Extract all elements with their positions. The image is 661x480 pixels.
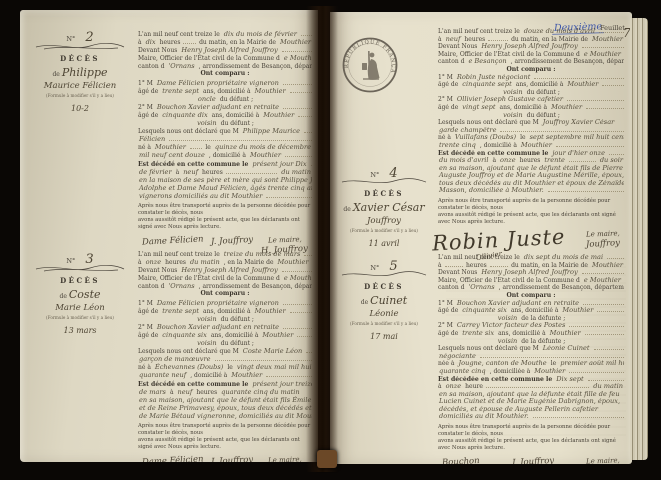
act-line: âgé detrente septans, domicilié àMouthie… [138,87,312,95]
act-line: Ont comparu : [138,290,312,298]
act-line: voisindu défunt ; [138,339,312,347]
act-line: en sa maison, ajoutant que le défunt éta… [138,396,312,404]
handwritten-text: Vuillafans (Doubs) [454,134,517,142]
entry-number: 3 [85,252,93,267]
printed-text: 2° M [438,322,453,330]
act-line: vignerons domiciliés au dit Mouthier [138,192,312,200]
mayor-signature-block: Le maire, Jouffroy [586,457,620,464]
handwritten-text: en sa maison, ajoutant que la défunte ét… [438,391,621,399]
act-line: âgé devingt septans, domicilié àMouthier [438,104,624,112]
handwritten-text: dix du mois de février [223,30,298,38]
act-2-lines: L'an mil neuf cent treize ledix du mois … [138,30,312,200]
act-line: Félicien [138,135,312,143]
printed-text: canton d [138,283,164,290]
printed-text: âgé de [138,332,158,339]
printed-text: ans, domicilié à [500,104,548,112]
act-line: Est décédé en cette commune lejour d'hie… [438,150,624,158]
act-line: en sa maison, ajoutant que le défunt éta… [438,165,624,173]
handwritten-text: Bouchon Xavier adjudant en retraite [156,323,280,331]
act-line: âgé detrente septans, domicilié àMouthie… [138,307,312,315]
act-line: du mois d'avrilàonzeheurestrentedu soir [438,157,624,165]
numero-label: N° [66,257,75,265]
act-line: voisindu défunt ; [438,112,624,120]
handwritten-text: e Mouthier [583,277,622,285]
handwritten-text: vingt deux mai mil huit cent [236,363,312,371]
printed-text: à [170,389,174,396]
handwritten-text: Mouthier [230,371,263,379]
printed-text: heures [202,169,223,176]
act-line: né àÉchevannes (Doubs)levingt deux mai m… [138,363,312,371]
flourish-icon [340,271,428,279]
printed-text: Maire, Officier de l'État civil de la Co… [438,277,580,285]
handwritten-text: Mouthier [262,111,295,119]
handwritten-text: premier août mil huit cent [559,360,624,368]
handwritten-text: voisin [502,89,524,97]
handwritten-text: Henry Joseph Alfred Jouffroy [480,43,578,51]
printed-text: Maire, Officier de l'État civil de la Co… [138,275,280,282]
act-line: Devant NousHenry Joseph Alfred Jouffroy [138,46,312,54]
handwritten-text: Auguste Jouffroy et de Marie Augustine M… [438,172,624,180]
numero-label: N° [66,35,75,43]
act-line: mil neuf cent douze, domicilié àMouthier [138,151,312,159]
le-maire-label: Le maire, [586,229,620,238]
blank-rule [583,304,624,305]
handwritten-text: trente sept [161,307,200,315]
printed-text: âgé de [138,112,158,119]
deceased-name-line2: Jouffroy [334,216,434,226]
act-line: 1° MRobin Juste négociant [438,74,624,82]
handwritten-text: onze [499,157,517,165]
printed-text: du défunt ; [527,112,560,120]
handwritten-text: cinquante six [461,307,508,315]
printed-text: ans, domicilié à [212,112,260,119]
deceased-firstnames: Xavier César [353,201,425,214]
blank-rule [490,266,508,267]
act-line: Maire, Officier de l'État civil de la Co… [438,277,624,285]
blank-rule [500,131,624,132]
blank-rule [582,273,624,274]
closing-line-1: Après nous être transporté auprès de la … [438,198,624,212]
act-line: Ont comparu : [438,292,624,300]
entry-number: 5 [389,259,397,274]
printed-text: heures [165,259,186,266]
handwritten-text: et de Reine Primavesy, époux, tous deux … [138,404,312,412]
deceased-name-line2: Léonie [334,309,434,319]
act-line: àdixheuresdu matin, en la Mairie deMouth… [138,38,312,46]
printed-text: , arrondissement de Besançon, départemen… [199,63,312,70]
handwritten-text: Mouthier [591,262,624,270]
closing-line-1: Après nous être transporté auprès de la … [138,203,312,217]
handwritten-text: trente [543,157,566,165]
act-line: né àVuillafans (Doubs)lesept septembre m… [438,134,624,142]
printed-text: canton d [138,63,164,70]
printed-text: , arrondissement de Besançon, départemen… [499,284,624,292]
act-line: Lesquels nous ont déclaré que MLéonie Cu… [438,345,624,353]
printed-text: à [176,169,180,176]
printed-text: née à [438,360,454,368]
handwritten-text: garde champêtre [438,127,497,135]
act-line: de févrieràneufheuresdu matin [138,168,312,176]
act-line: et de Reine Primavesy, époux, tous deux … [138,404,312,412]
printed-text-bold: Est décédée en cette commune le [438,376,552,384]
printed-text: Lesquels nous ont déclaré que M [438,345,539,353]
printed-text: âgé de [438,81,458,89]
deceased-name-line2: Maurice Félicien [30,81,130,91]
handwritten-text: du matin [592,383,624,391]
act-line: Auguste Jouffroy et de Marie Augustine M… [438,172,624,180]
act-line: 1° MDame Félicien propriétaire vigneron [138,299,312,307]
handwritten-text: voisin [196,339,218,347]
printed-text: à [492,157,496,165]
printed-text: du défunt ; [527,89,560,97]
act-line: née àJougne, canton de Mouthelepremier a… [438,360,624,368]
printed-text: âgé de [138,88,158,95]
printed-text: ans, domicilié à [511,307,559,315]
act-line: domiciliés au dit Mouthier. [438,413,624,421]
margin-date: 17 mai [334,332,434,341]
handwritten-text: Adolphe et Dame Maud Félicien, âgés tren… [138,184,312,192]
closing-line-1: Après nous être transporté auprès de la … [438,424,624,438]
de-label: de [52,71,59,78]
blank-rule [480,357,624,358]
act-line: âgé decinquante dixans, domicilié àMouth… [138,111,312,119]
handwritten-text: Mouthier [591,36,624,44]
numero-label: N° [370,264,379,272]
handwritten-text: domiciliés au dit Mouthier. [438,413,530,421]
printed-text: heures [466,262,487,270]
entry-number-row: N° 2 [30,26,130,42]
printed-text: né à [438,134,451,142]
de-label: de [343,206,350,213]
act-line: Masson, domiciliée à Mouthier. [438,187,624,195]
entry-number-row: N° 5 [334,255,434,271]
act-line: âgé detrente sixans, domicilié àMouthier [438,330,624,338]
handwritten-text: quarante cinq [438,368,487,376]
printed-text-bold: Est décédé en cette commune le [138,381,248,388]
printed-text: Devant Nous [438,43,477,51]
handwritten-text: en sa maison, ajoutant que le défunt éta… [138,396,312,404]
act-line: Maire, Officier de l'État civil de la Co… [138,54,312,62]
act-line: quarante cinq, domiciliée àMouthier [438,368,624,376]
act-line: trente cinq, domicilié àMouthier [438,142,624,150]
act-line: 2° MBouchon Xavier adjudant en retraite [138,323,312,331]
handwritten-text: Léonie Cuinet [542,345,591,353]
printed-text: Devant Nous [438,269,477,277]
act-line: 2° MCarrey Victor facteur des Postes [438,322,624,330]
act-3-lines: L'an mil neuf cent treize letreize du mo… [138,250,312,420]
act-line: 1° MDame Félicien propriétaire vigneron [138,79,312,87]
deces-heading: DÉCÈS [30,276,130,285]
printed-text: L'an mil neuf cent treize le [138,251,220,258]
printed-text: à [138,39,142,46]
blank-rule [569,326,624,327]
act-line: né àMouthierlequinze du mois de décembre [138,143,312,151]
printed-text: heures [196,389,217,396]
handwritten-text: neuf [182,168,199,176]
blank-rule [226,173,277,174]
blank-rule [588,380,624,381]
act-line: Ont comparu : [438,66,624,74]
deceased-name-line1: deCoste [30,288,130,301]
act-line: âgé decinquante sixans, domicilié àMouth… [138,331,312,339]
printed-text: le [551,360,556,368]
margin-entry-2: N° 2 DÉCÈS dePhilippe Maurice Félicien (… [30,26,130,113]
act-5: L'an mil neuf cent treize ledix sept du … [438,254,624,464]
closing-line-1: Après nous être transporté auprès de la … [138,423,312,437]
act-line: Lesquels nous ont déclaré que MPhilippe … [138,127,312,135]
handwritten-text: Mouthier [566,81,599,89]
handwritten-text: Mouthier [249,151,282,159]
closing-line-2: avons aussitôt rédigé le présent acte, q… [438,212,624,226]
deceased-surname: Philippe [62,66,108,79]
deceased-name-line1: dePhilippe [30,66,130,79]
blank-rule [215,360,312,361]
printed-text: le [205,144,210,151]
printed-text: Lesquels nous ont déclaré que M [438,119,539,127]
handwritten-text: Bouchon Xavier adjudant en retraite [156,103,280,111]
printed-text: Lesquels nous ont déclaré que M [138,128,239,135]
handwritten-text: trente six [461,330,495,338]
margin-note: (Formule à modifier s'il y a lieu) [334,228,434,233]
handwritten-text: Dame Félicien propriétaire vigneron [156,299,280,307]
printed-text: canton d [438,58,464,66]
printed-text: , arrondissement de Besançon, départemen… [199,283,312,290]
handwritten-text: voisin [196,315,218,323]
act-line: garde champêtre [438,127,624,135]
printed-text: canton d [438,284,464,292]
left-page: N° 2 DÉCÈS dePhilippe Maurice Félicien (… [20,10,318,462]
register-scan: N° 2 DÉCÈS dePhilippe Maurice Félicien (… [0,0,661,480]
blank-rule [599,32,624,33]
act-line: àneufheuresdu matin, en la Mairie deMout… [438,36,624,44]
signature-declarant-2: J. Jouffroy [211,455,254,462]
handwritten-text: en la maison de ses père et mère qui son… [138,176,312,184]
act-line: Devant NousHenry Joseph Alfred Jouffroy [438,43,624,51]
handwritten-text: oncle [197,95,217,103]
printed-text: heure [465,383,483,391]
act-line: L'an mil neuf cent treize ledouze du moi… [438,28,624,36]
act-line: canton d'Ornans, arrondissement de Besan… [438,284,624,292]
handwritten-text: Philippe Maurice [242,127,301,135]
entry-number-row: N° 4 [334,162,434,178]
deceased-surname: Cuinet [370,294,407,307]
signature-mayor: Jouffroy [586,238,620,250]
blank-rule [488,40,508,41]
printed-text: 1° M [138,80,153,87]
printed-text: né à [138,364,151,371]
handwritten-text: Mouthier [154,143,187,151]
printed-text: du défunt ; [221,340,254,347]
act-line: négociante [438,353,624,361]
handwritten-text: Ollivier Joseph Gustave cafetier [456,96,564,104]
handwritten-text: douze du mois d'avril [523,28,596,36]
blank-rule [183,43,196,44]
handwritten-text: cinquante dix [161,111,208,119]
book-gutter [306,6,338,472]
handwritten-text: neuf [177,388,194,396]
deceased-surname: Coste [69,288,101,301]
handwritten-text: quarante neuf [138,371,187,379]
printed-text: heures [160,39,181,46]
act-line: Est décédé en cette commune leprésent jo… [138,380,312,388]
printed-text: , domiciliée à [490,368,531,376]
handwritten-text: du mois d'avril [438,157,489,165]
printed-text: Devant Nous [138,267,177,274]
blank-rule [534,78,624,79]
le-maire-label: Le maire, [586,456,620,464]
act-line: voisinde la défunte ; [438,315,624,323]
printed-text: , en la Mairie de [224,259,274,266]
blank-rule [607,258,624,259]
printed-text-bold: Ont comparu : [200,290,249,298]
act-line: Ont comparu : [138,70,312,78]
margin-date: 10-2 [30,104,130,113]
printed-text: Devant Nous [138,47,177,54]
blank-rule [569,372,624,373]
printed-text: âgé de [438,307,458,315]
act-line: décédés, et épouse de Auguste Pellerin c… [438,406,624,414]
blank-rule [582,47,624,48]
margin-date: 11 avril [334,239,434,248]
handwritten-text: cinquante six [161,331,208,339]
entry-number: 4 [389,166,397,181]
act-line: voisinde la défunte ; [438,338,624,346]
act-line: canton d'Ornans, arrondissement de Besan… [138,62,312,70]
blank-rule [609,154,624,155]
blank-rule [594,349,624,350]
mayor-signature-block: Le maire, H. Jouffroy [261,456,308,462]
act-line: Est décédée en cette commune leDix sept [438,376,624,384]
act-line: voisindu défunt ; [138,315,312,323]
handwritten-text: 'Ornans [467,284,495,292]
flourish-icon [34,42,126,51]
deces-heading: DÉCÈS [30,54,130,63]
act-line: Lesquels nous ont déclaré que MJouffroy … [438,119,624,127]
act-line: tous deux décédés au dit Mouthier et épo… [438,180,624,188]
printed-text: 1° M [438,74,453,82]
act-line: en sa maison, ajoutant que la défunte ét… [438,391,624,399]
handwritten-text: Henry Joseph Alfred Jouffroy [180,46,278,54]
act-line: 2° MOllivier Joseph Gustave cafetier [438,96,624,104]
handwritten-text: mil neuf cent douze [138,151,206,159]
handwritten-text: treize du mois de mars [223,250,302,258]
printed-text: du matin, en la Mairie de [511,262,588,270]
act-line: de Marie Bétaud vigneronne, domiciliés a… [138,412,312,420]
handwritten-text: jour d'hier onze [551,150,606,158]
flourish-icon [34,264,126,273]
printed-text: à [438,383,442,391]
right-margin-column: N° 4 DÉCÈS deXavier César Jouffroy (Form… [334,12,434,464]
handwritten-text: négociante [438,353,477,361]
handwritten-text: garçon de manœuvre [138,355,212,363]
act-line: 1° MBouchon Xavier adjudant en retraite [438,300,624,308]
handwritten-text: Mouthier [561,307,594,315]
act-line: L'an mil neuf cent treize ledix du mois … [138,30,312,38]
handwritten-text: voisin [497,315,519,323]
handwritten-text: Mouthier [533,368,566,376]
margin-note: (Formule à modifier s'il y a lieu) [30,93,130,98]
handwritten-text: vignerons domiciliés au dit Mouthier [138,192,263,200]
act-line: L'an mil neuf cent treize ledix sept du … [438,254,624,262]
printed-text: du matin, en la Mairie de [511,36,588,44]
deces-heading: DÉCÈS [334,189,434,198]
printed-text: âgé de [438,104,458,112]
printed-text: 2° M [138,104,153,111]
margin-date: 13 mars [30,326,130,335]
handwritten-text: de Marie Bétaud vigneronne, domiciliés a… [138,412,312,420]
printed-text: , domicilié à [480,142,517,150]
signatures: Bouchon J. Jouffroy Le maire, Jouffroy [438,457,624,464]
act-line: àonzeheuresdu matin, en la Mairie deMout… [138,258,312,266]
handwritten-text: en sa maison, ajoutant que le défunt éta… [438,165,624,173]
printed-text: Lesquels nous ont déclaré que M [138,348,239,355]
margin-entry-4: N° 4 DÉCÈS deXavier César Jouffroy (Form… [334,162,434,248]
printed-text: heures [520,157,541,165]
signature-declarant-1: Dame Félicien [142,454,204,462]
printed-text: Maire, Officier de l'État civil de la Co… [138,55,280,62]
le-maire-label: Le maire, [268,235,302,244]
act-line: âgé decinquante septans, domicilié àMout… [438,81,624,89]
handwritten-text: 'Ornans [167,282,195,290]
printed-text: âgé de [138,308,158,315]
handwritten-text: trente cinq [438,142,477,150]
handwritten-text: Coste Marie Léon [242,347,304,355]
printed-text-bold: Est décédé en cette commune le [438,150,548,158]
printed-text: Maire, Officier de l'État civil de la Co… [438,51,580,59]
handwritten-text: du soir [599,157,624,165]
handwritten-text: Jouffroy Xavier César [542,119,616,127]
closing-paragraph: Après nous être transporté auprès de la … [138,203,312,231]
printed-text: du défunt ; [221,316,254,323]
printed-text: L'an mil neuf cent treize le [138,31,220,38]
handwritten-text: e Besançon [467,58,507,66]
printed-text: , arrondissement de Besançon, départemen… [511,58,624,66]
flourish-icon [340,178,428,186]
margin-note: (Formule à modifier s'il y a lieu) [30,315,130,320]
blank-rule [602,85,624,86]
act-line: canton d'Ornans, arrondissement de Besan… [138,282,312,290]
right-body-column: L'an mil neuf cent treize ledouze du moi… [438,12,624,464]
act-line: voisindu défunt ; [438,89,624,97]
printed-text: 1° M [138,300,153,307]
handwritten-text: Dix sept [555,376,584,384]
closing-line-2: avons aussitôt rédigé le présent acte, q… [138,217,312,231]
margin-entry-3: N° 3 DÉCÈS deCoste Marie Léon (Formule à… [30,248,130,335]
act-5-lines: L'an mil neuf cent treize ledix sept du … [438,254,624,421]
deceased-name-line1: deXavier César [334,201,434,214]
act-4-lines: L'an mil neuf cent treize ledouze du moi… [438,28,624,195]
handwritten-text: dix sept du mois de mai [523,254,604,262]
printed-text: de la défunte ; [521,338,565,346]
handwritten-text: Masson, domiciliée à Mouthier. [438,187,545,195]
printed-text: ans, domicilié à [203,88,251,95]
left-body-column: L'an mil neuf cent treize ledix du mois … [138,10,312,462]
act-line: Adolphe et Dame Maud Félicien, âgés tren… [138,184,312,192]
blank-rule [445,266,463,267]
printed-text: ans, domicilié à [211,332,259,339]
handwritten-text: Dame Félicien propriétaire vigneron [156,79,280,87]
handwritten-text: Jougne, canton de Mouthe [457,360,547,368]
closing-paragraph: Après nous être transporté auprès de la … [438,424,624,452]
blank-rule [597,311,624,312]
handwritten-text: Échevannes (Doubs) [154,363,224,371]
act-line: Devant NousHenry Joseph Alfred Jouffroy [438,269,624,277]
handwritten-text: voisin [502,112,524,120]
printed-text: L'an mil neuf cent treize le [438,254,520,262]
closing-paragraph: Après nous être transporté auprès de la … [138,423,312,451]
handwritten-text: Mouthier [254,307,287,315]
deceased-name-line1: deCuinet [334,294,434,307]
